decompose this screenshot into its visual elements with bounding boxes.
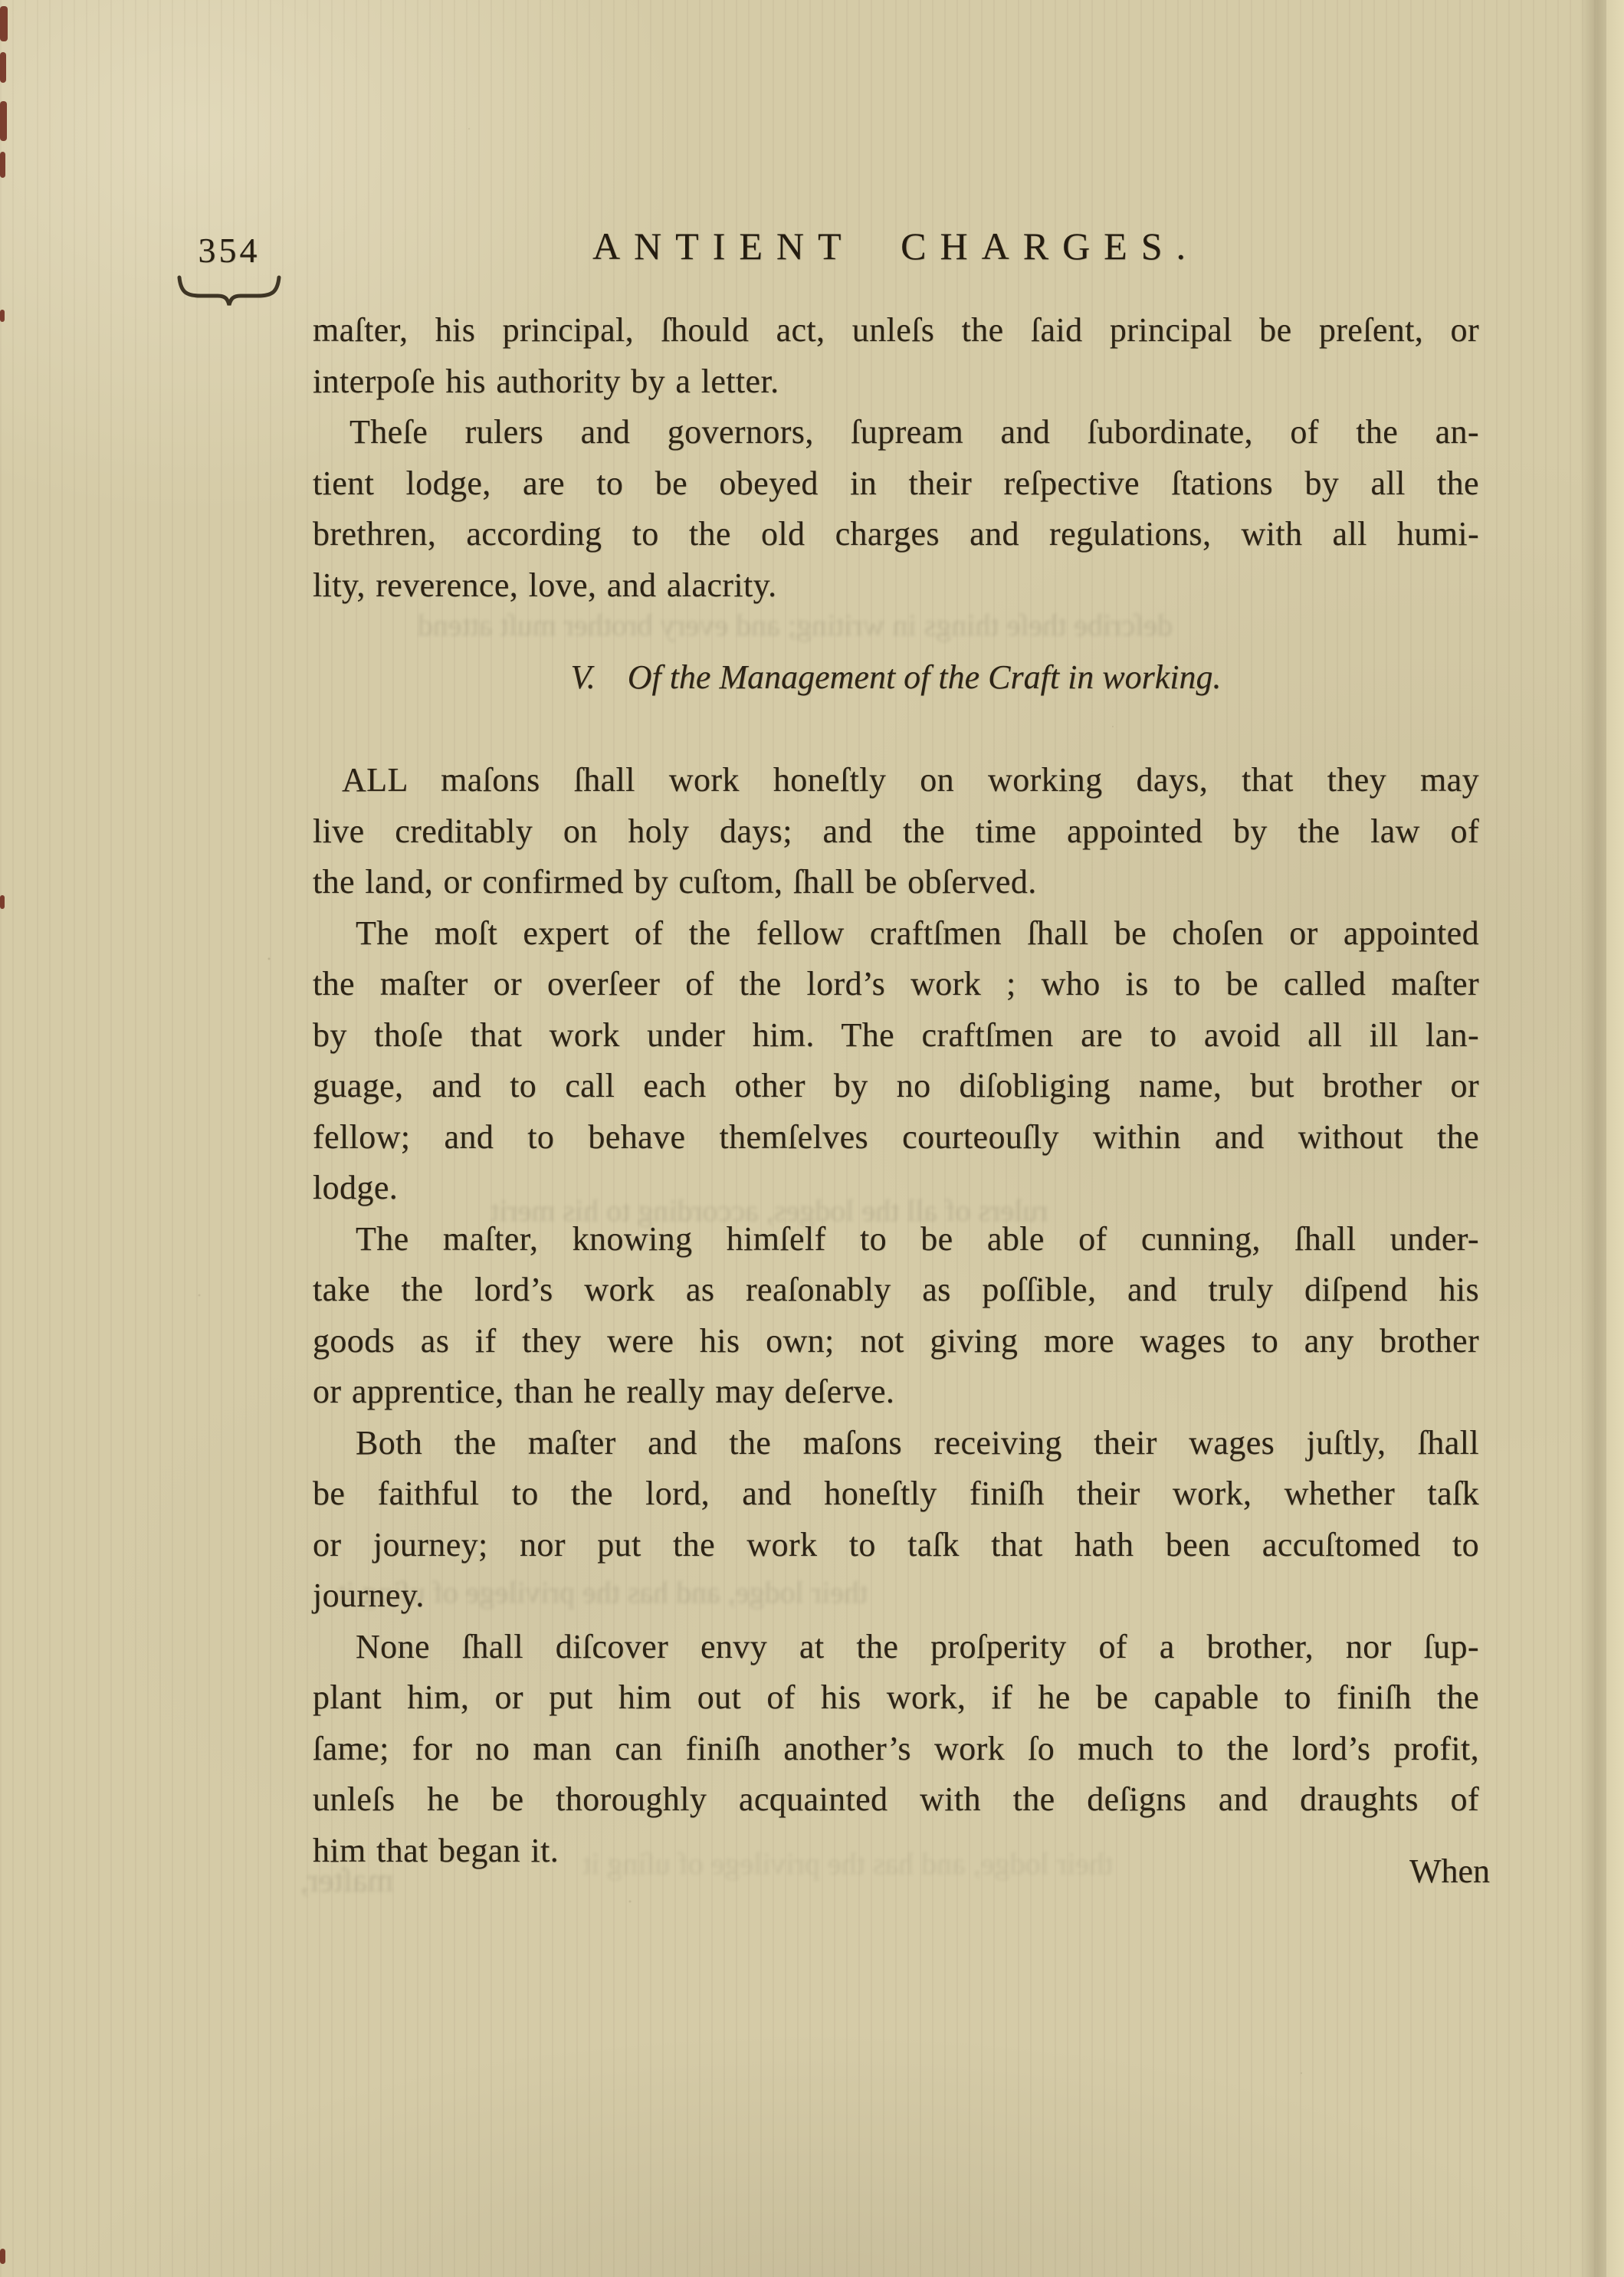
body-line: Both the maſter and the maſons receiving… bbox=[313, 1418, 1479, 1469]
body-line: plant him, or put him out of his work, i… bbox=[313, 1672, 1479, 1724]
body-line: tient lodge, are to be obeyed in their r… bbox=[313, 458, 1479, 510]
body-line: or apprentice, than he really may deſerv… bbox=[313, 1367, 1479, 1418]
body-line: ſame; for no man can finiſh another’s wo… bbox=[313, 1724, 1479, 1775]
binding-mark bbox=[0, 101, 7, 141]
body-line: take the lord’s work as reaſonably as po… bbox=[313, 1265, 1479, 1316]
body-line: live creditably on holy days; and the ti… bbox=[313, 806, 1479, 858]
body-line: brethren, according to the old charges a… bbox=[313, 509, 1479, 560]
running-head: ANTIENT CHARGES. bbox=[313, 224, 1479, 268]
page-edge-crease bbox=[1580, 0, 1611, 2277]
body-line: goods as if they were his own; not givin… bbox=[313, 1316, 1479, 1367]
body-line: lity, reverence, love, and alacrity. bbox=[313, 560, 1479, 612]
body-line: be faithful to the lord, and honeſtly fi… bbox=[313, 1468, 1479, 1520]
page-number-brace-icon bbox=[175, 270, 284, 310]
binding-mark bbox=[0, 2249, 5, 2264]
section-title: Of the Management of the Craft in workin… bbox=[628, 658, 1222, 696]
body-line: The moſt expert of the fellow craftſmen … bbox=[313, 908, 1479, 960]
body-line: or journey; nor put the work to taſk tha… bbox=[313, 1520, 1479, 1571]
body-text-block: ALL maſons ſhall work honeſtly on workin… bbox=[313, 755, 1479, 1876]
body-line: journey. bbox=[313, 1570, 1479, 1622]
binding-mark bbox=[0, 895, 5, 909]
binding-mark bbox=[0, 152, 5, 178]
binding-mark bbox=[0, 52, 6, 83]
body-line: Theſe rulers and governors, ſupream and … bbox=[313, 407, 1479, 458]
body-line: lodge. bbox=[313, 1163, 1479, 1214]
binding-mark bbox=[0, 6, 8, 41]
section-numeral: V. bbox=[570, 658, 595, 696]
page-edge-strip bbox=[1606, 0, 1624, 2277]
body-text-block: maſter, his principal, ſhould act, unleſ… bbox=[313, 305, 1479, 611]
catchword: When bbox=[313, 1852, 1490, 1891]
body-line: unleſs he be thoroughly acquainted with … bbox=[313, 1774, 1479, 1826]
body-line: by thoſe that work under him. The craftſ… bbox=[313, 1010, 1479, 1061]
ghost-text: deſcribe theſe things in writing; and ev… bbox=[360, 607, 1173, 643]
body-line: maſter, his principal, ſhould act, unleſ… bbox=[313, 305, 1479, 356]
page-number: 354 bbox=[179, 230, 279, 271]
binding-mark bbox=[0, 310, 5, 322]
body-line: fellow; and to behave themſelves courteo… bbox=[313, 1112, 1479, 1163]
body-line: the maſter or overſeer of the lord’s wor… bbox=[313, 959, 1479, 1010]
body-line: guage, and to call each other by no diſo… bbox=[313, 1061, 1479, 1112]
body-line: ALL maſons ſhall work honeſtly on workin… bbox=[313, 755, 1479, 806]
body-line: interpoſe his authority by a letter. bbox=[313, 356, 1479, 408]
section-heading: V.Of the Management of the Craft in work… bbox=[313, 658, 1479, 697]
body-line: None ſhall diſcover envy at the proſperi… bbox=[313, 1622, 1479, 1673]
book-page-scan: deſcribe theſe things in writing; and ev… bbox=[0, 0, 1624, 2277]
body-line: The maſter, knowing himſelf to be able o… bbox=[313, 1214, 1479, 1265]
body-line: the land, or confirmed by cuſtom, ſhall … bbox=[313, 857, 1479, 908]
